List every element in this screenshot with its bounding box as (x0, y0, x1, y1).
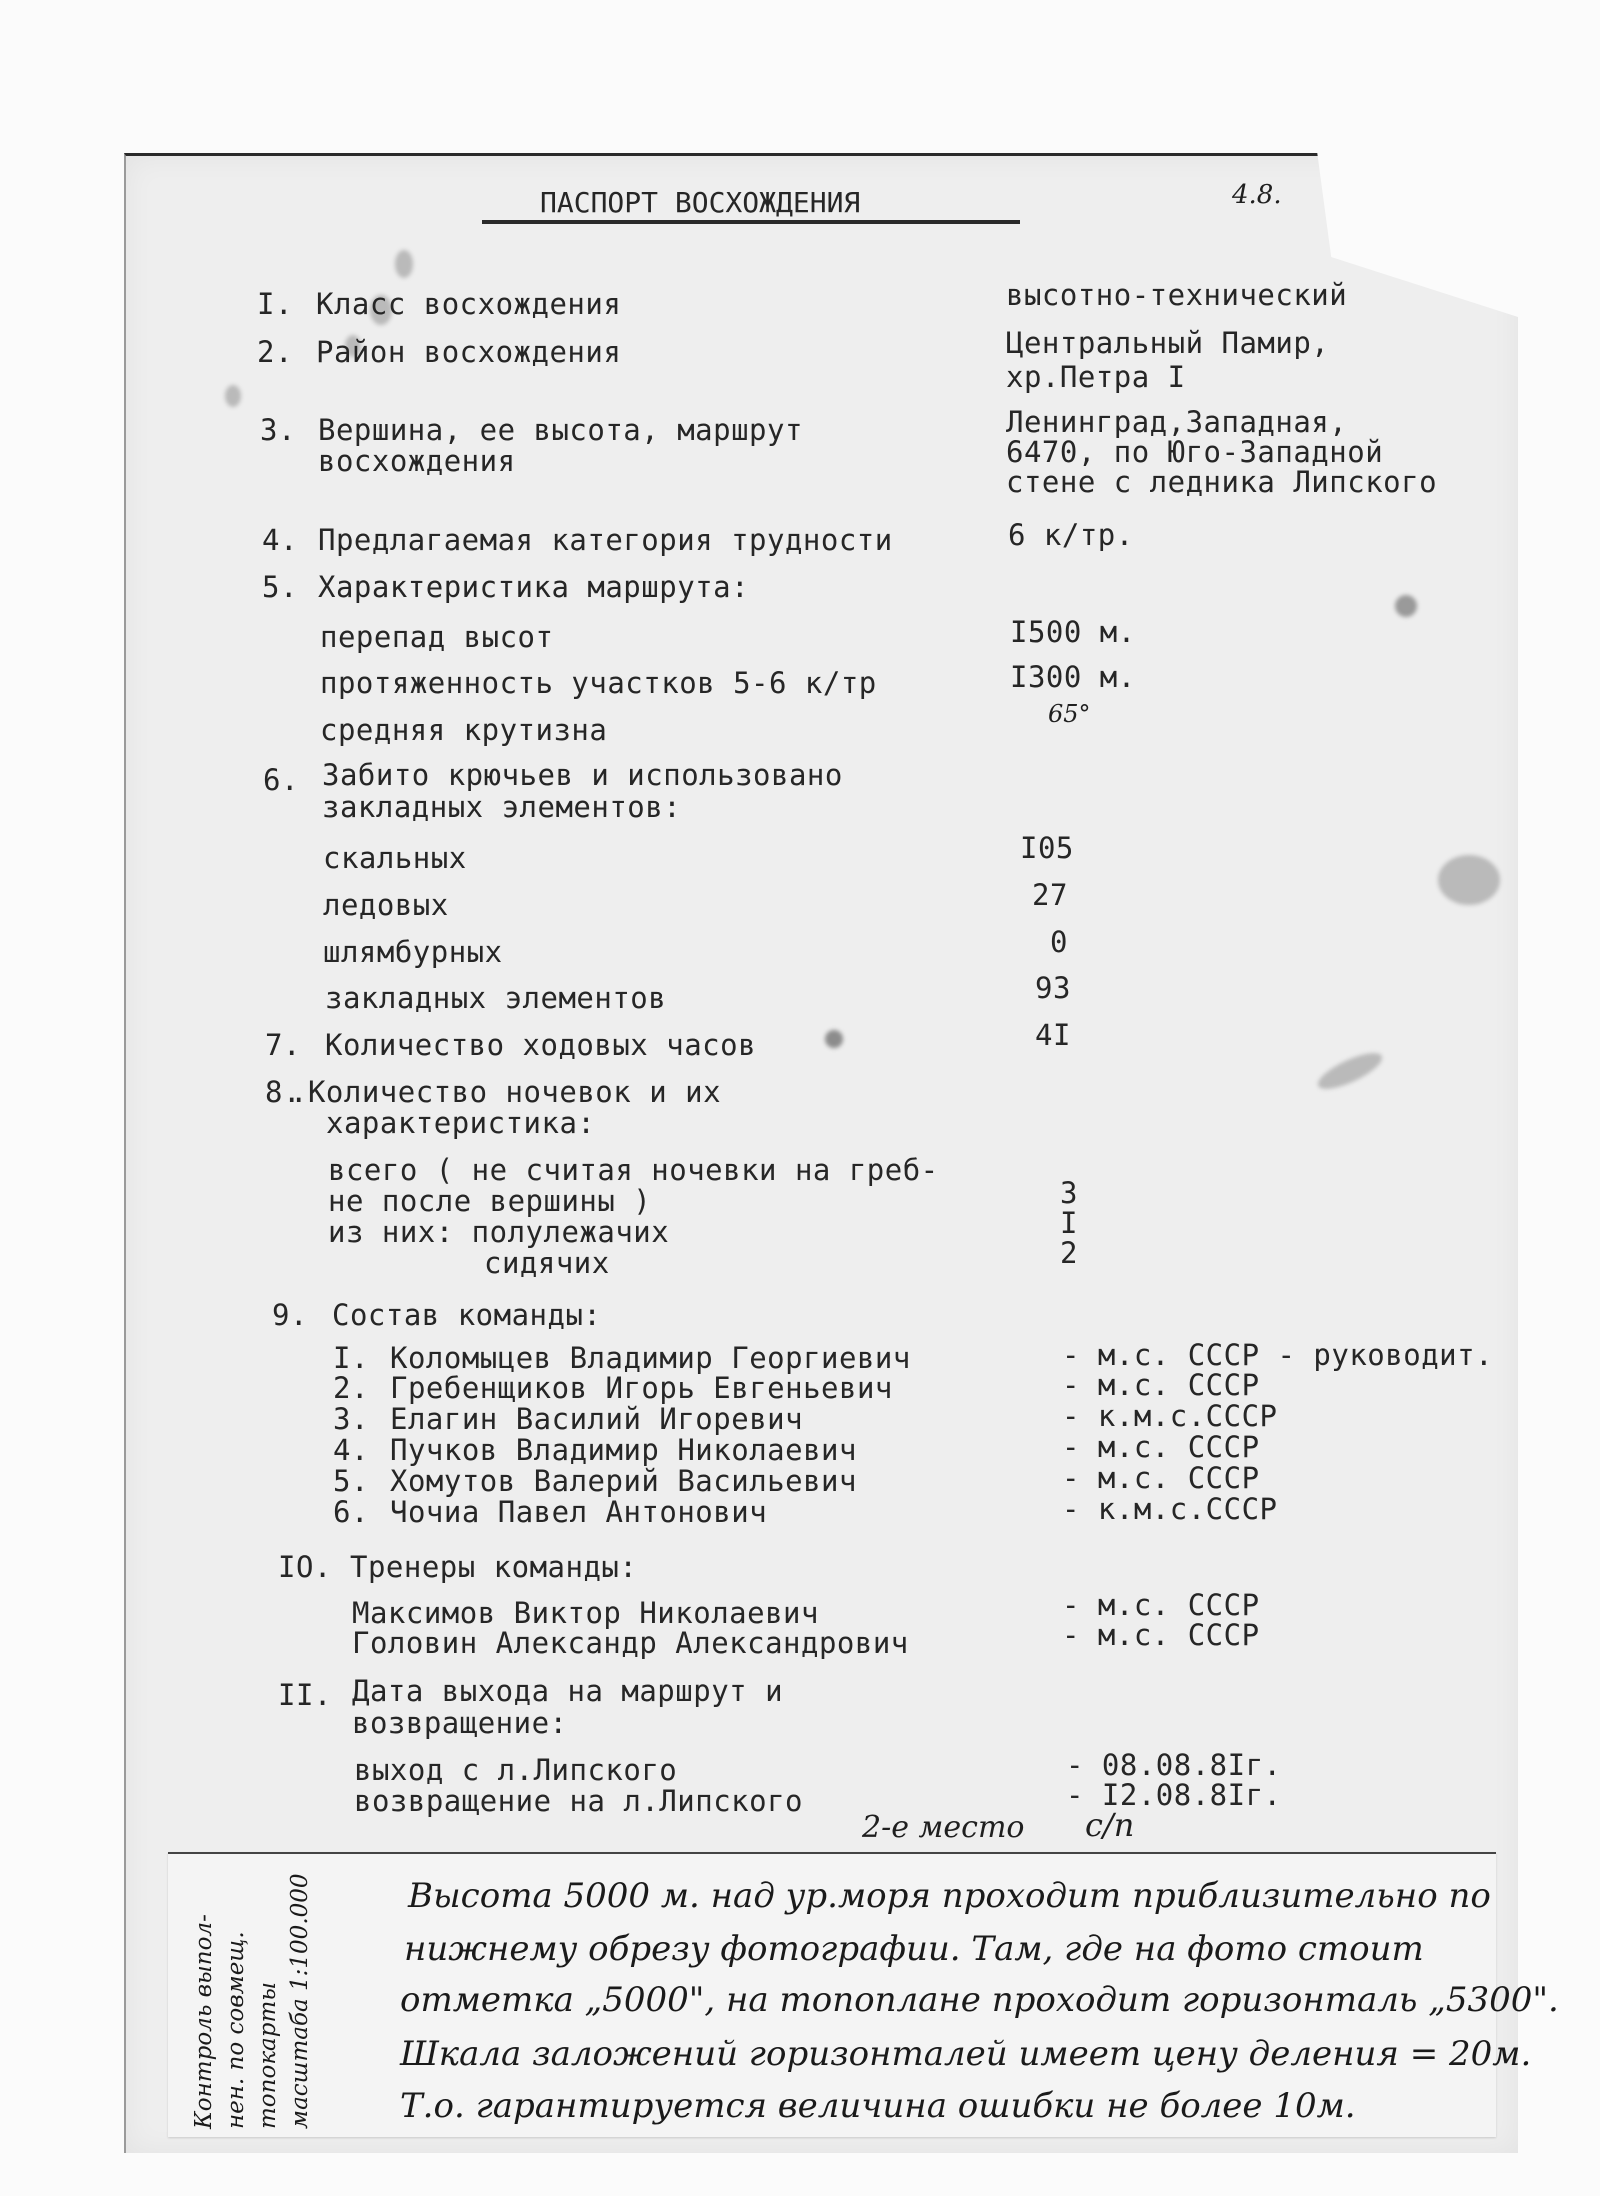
item-value: I500 м. (1010, 617, 1136, 647)
member-name: Коломыцев Владимир Георгиевич (390, 1343, 911, 1373)
section-num: II. (278, 1680, 332, 1710)
member-rank: - к.м.с.СССР (1062, 1401, 1278, 1431)
item-value: I300 м. (1010, 662, 1136, 692)
note-line: Т.о. гарантируется величина ошибки не бо… (400, 2086, 1356, 2126)
section-value: высотно-технический (1006, 280, 1347, 310)
section-num: 3. (260, 415, 296, 445)
item-value: 27 (1032, 880, 1068, 910)
item-label: протяженность участков 5-6 к/тр (320, 668, 877, 698)
section-label: Дата выхода на маршрут и (352, 1676, 783, 1706)
member-rank: - к.м.с.СССР (1062, 1494, 1278, 1524)
member-name: Гребенщиков Игорь Евгеньевич (390, 1373, 893, 1403)
section-num: 6. (263, 765, 299, 795)
item-label: из них: полулежачих (328, 1217, 669, 1247)
item-value: I (1060, 1208, 1078, 1238)
member-rank: - м.с. СССР (1062, 1463, 1260, 1493)
member-name: Хомутов Валерий Васильевич (390, 1466, 857, 1496)
section-label: .Количество ночевок и их (290, 1077, 721, 1107)
stain (395, 250, 413, 278)
coach-rank: - м.с. СССР (1062, 1620, 1260, 1650)
member-rank: - м.с. СССР - руководит. (1062, 1340, 1493, 1370)
title-underline (482, 220, 1020, 224)
section-num: 2. (257, 337, 293, 367)
section-label: закладных элементов: (322, 792, 681, 822)
item-label: сидячих (484, 1248, 610, 1278)
member-name: Елагин Василий Игоревич (390, 1404, 803, 1434)
item-label: не после вершины ) (328, 1186, 651, 1216)
side-note: Контроль выпол- нен. по совмещ. топокарт… (188, 1873, 316, 2129)
section-label: Характеристика маршрута: (318, 572, 749, 602)
section-value: 6470, по Юго-Западной (1006, 437, 1383, 467)
section-label: Вершина, ее высота, маршрут (318, 415, 803, 445)
section-value: хр.Петра I (1006, 362, 1186, 392)
member-num: I. (333, 1343, 369, 1373)
section-value: Центральный Памир, (1006, 328, 1329, 358)
section-label: Предлагаемая категория трудности (318, 525, 893, 555)
note-line: нижнему обрезу фотографии. Там, где на ф… (404, 1929, 1424, 1969)
section-num: 9. (272, 1300, 308, 1330)
section-label: характеристика: (326, 1108, 595, 1138)
section-value: Ленинград,Западная, (1006, 407, 1347, 437)
section-num: 7. (265, 1030, 301, 1060)
section-label: Забито крючьев и использовано (322, 760, 843, 790)
handwritten-place: 2-е место (862, 1810, 1024, 1845)
coach-rank: - м.с. СССР (1062, 1590, 1260, 1620)
section-label: восхождения (318, 446, 516, 476)
member-num: 6. (333, 1497, 369, 1527)
section-label: Тренеры команды: (350, 1552, 637, 1582)
coach-name: Максимов Виктор Николаевич (352, 1598, 819, 1628)
section-value: стене с ледника Липского (1006, 467, 1437, 497)
section-label: Класс восхождения (316, 289, 621, 319)
member-num: 2. (333, 1373, 369, 1403)
item-label: средняя крутизна (320, 715, 607, 745)
section-value: 6 к/тр. (1008, 520, 1134, 550)
section-num: 5. (262, 572, 298, 602)
item-value: - 08.08.8Iг. (1066, 1750, 1282, 1780)
member-rank: - м.с. СССР (1062, 1432, 1260, 1462)
section-num: I. (257, 289, 293, 319)
pasted-note: Контроль выпол- нен. по совмещ. топокарт… (168, 1852, 1496, 2137)
section-label: Район восхождения (316, 337, 621, 367)
handwritten-initials: с/п (1085, 1806, 1134, 1844)
handwritten-value: 65° (1048, 700, 1091, 728)
item-value: 3 (1060, 1178, 1078, 1208)
item-label: перепад высот (320, 622, 553, 652)
item-value: I05 (1020, 833, 1074, 863)
item-label: всего ( не считая ночевки на греб- (328, 1155, 939, 1185)
stain (1438, 855, 1500, 905)
section-num: IO. (278, 1552, 332, 1582)
section-label: Состав команды: (332, 1300, 601, 1330)
corner-mark: 4.8. (1232, 180, 1282, 210)
page-title: ПАСПОРТ ВОСХОЖДЕНИЯ (540, 188, 860, 218)
item-label: ледовых (323, 890, 449, 920)
stain (825, 1030, 843, 1048)
member-num: 5. (333, 1466, 369, 1496)
section-num: 4. (262, 525, 298, 555)
note-line: Шкала заложений горизонталей имеет цену … (400, 2034, 1531, 2074)
item-label: закладных элементов (325, 983, 666, 1013)
item-value: 93 (1035, 973, 1071, 1003)
section-label: возвращение: (352, 1708, 568, 1738)
member-num: 4. (333, 1435, 369, 1465)
stain (225, 385, 241, 407)
coach-name: Головин Александр Александрович (352, 1628, 909, 1658)
note-line: Высота 5000 м. над ур.моря проходит приб… (408, 1876, 1491, 1916)
item-value: 0 (1050, 927, 1068, 957)
member-name: Пучков Владимир Николаевич (390, 1435, 857, 1465)
member-rank: - м.с. СССР (1062, 1370, 1260, 1400)
item-label: возвращение на л.Липского (354, 1786, 803, 1816)
note-line: отметка „5000", на топоплане проходит го… (400, 1980, 1559, 2020)
stain (1395, 595, 1417, 617)
item-value: 2 (1060, 1238, 1078, 1268)
item-label: скальных (323, 843, 467, 873)
section-value: 4I (1035, 1020, 1071, 1050)
member-name: Чочиа Павел Антонович (390, 1497, 767, 1527)
item-label: выход с л.Липского (354, 1755, 677, 1785)
section-label: Количество ходовых часов (325, 1030, 756, 1060)
item-label: шлямбурных (323, 937, 503, 967)
member-num: 3. (333, 1404, 369, 1434)
